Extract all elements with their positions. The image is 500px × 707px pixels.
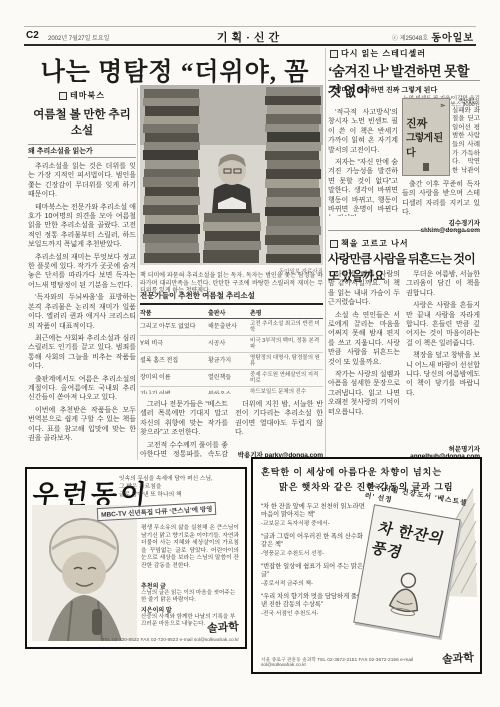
ad-left-logo: 솔과학 [207,618,240,636]
steady-byline: 김수경기자 skkim@donga.com [392,218,480,234]
steady-text-col1: ‘적극적 사고방식’의 창시자 노먼 빈센트 필이 쓴 이 책은 반세기 가까이… [328,108,398,216]
letter-text-col1: 사랑에 빠진 사람의 맘 같아서일까요. 이 책을 읽는 내내 가슴이 두근거렸… [328,270,400,452]
recommendation-table: 전문가들이 추천한 여름철 추리소설 작품 출판사 촌평 그리고 아무도 없었다… [140,290,323,394]
letter-text-col2: 무더운 여름밤, 서늘한 그리움이 담긴 이 책을 권합니다. 사랑은 사람을 … [406,270,480,440]
cell-comment: 중세 수도원 연쇄살인의 지적 미로 [250,372,323,385]
para: 추리소설의 재미는 무엇보다 정교한 플롯에 있다. 작가가 곳곳에 숨겨놓은 … [28,253,136,291]
tea-book-title: 차 한잔의 풍경 [369,517,461,571]
para: 작가는 사랑의 설렘과 아픔을 섬세한 문장으로 그려냅니다. 읽고 나면 오래… [328,370,400,417]
center-text-col1: 그러나 전문가들은 “베스트셀러 목록에만 기대지 말고 자신의 취향에 맞는 … [140,400,228,458]
para: 이번에 추천받은 작품들은 모두 번역본으로 쉽게 구할 수 있는 책들이다. … [28,406,136,444]
cell-publisher: 열린책들 [208,372,250,381]
table-row: 그리고 아무도 없었다해문출판사고전 추리소설 최고의 반전 미학 [140,319,323,336]
column-divider [325,48,326,460]
book-stacks-photo [140,85,323,265]
tea-book-cover: 차 한잔의 풍경 [353,504,461,637]
tea-monk-sketch [380,565,432,622]
para: 사랑에 빠진 사람의 맘 같아서일까요. 이 책을 읽는 내내 가슴이 두근거렸… [328,270,400,308]
quote-block: “차 한 잔을 앞에 두고 천천히 읽노라면 마음이 맑아지는 책”-교보문고 … [261,503,365,528]
left-column-text: 추리소설을 읽는 것은 더위를 잊는 가장 지적인 피서법이다. 범인을 쫓는 … [28,162,136,490]
cover-title-line2: 그렇게 된다 [406,129,449,159]
col-header: 출판사 [208,308,250,317]
monk-portrait-art [32,505,137,641]
steady-text-col2: 출간 이후 꾸준히 독자들의 사랑을 받으며 스테디셀러 자리를 지키고 있다. [402,180,480,216]
cell-title: 장미의 이름 [140,372,208,381]
quote-block: “글과 그림이 어우러진 한 폭의 산수화 같은 책”-영풍문고 추천도서 선정… [261,533,365,558]
para: 출간 이후 꾸준히 독자들의 사랑을 받으며 스테디셀러 자리를 지키고 있다. [402,180,480,216]
para: 그러나 전문가들은 “베스트셀러 목록에만 기대지 말고 자신의 취향에 맞는 … [140,400,228,438]
lead-head: 왜 추리소설을 읽는가 [28,144,136,158]
para: ‘적극적 사고방식’의 창시자 노먼 빈센트 필이 쓴 이 책은 반세기 가까이… [328,108,398,155]
para: 책에는 실패와 좌절을 딛고 일어선 평범한 사람들의 사례가 가득하다. 막연… [452,98,480,174]
quote-attr: -영풍문고 추천도서 선정- [261,550,365,558]
letter-kicker-label: 책을 고르고 나서 [341,238,409,249]
note-line: 그 밝은 가르침을 [119,483,239,491]
cell-publisher: 해문출판사 [208,321,250,330]
cell-comment: 고전 추리소설 최고의 반전 미학 [250,321,323,334]
cover-arrow-glyph: ➣ [439,101,446,110]
quote-attr: -교보문고 독자서평 중에서- [261,520,365,528]
quote-block: “번잡한 일상에 쉼표가 되어 주는 맑은 글”-종로서적 금주의 책- [261,563,365,588]
ad-left-block2: 추천의 글 스님의 글은 읽는 이의 마음을 씻어주는 한 줄기 맑은 바람이다… [141,581,239,604]
note-line: 잇속의 무심을 속세에 담아 펴신 스님, [119,475,239,483]
para: 최근에는 사회파 추리소설과 심리 스릴러도 인기를 끌고 있다. 범죄를 통해… [28,334,136,372]
kicker-box-icon [330,50,338,58]
para: 소설 속 연인들은 서로에게 끌리는 마음을 어쩌지 못해 밤새 편지를 쓰고 … [328,311,400,367]
cell-publisher: 황금가지 [208,355,250,364]
theme-kicker-label: 테마북스 [70,90,105,101]
book-stacks-art [140,85,323,265]
para: 추리소설을 읽는 것은 더위를 잊는 가장 지적인 피서법이다. 범인을 쫓는 … [28,162,136,200]
table-header-row: 작품 출판사 촌평 [140,306,323,319]
para: 테마북스는 전문가와 추리소설 애호가 10여명의 의견을 모아 여름철 읽을 … [28,203,136,250]
cover-mark [423,163,429,171]
para: 출판계에서도 여름은 추리소설의 계절이다. 올여름에도 국내외 추리 신간들이… [28,375,136,403]
cell-publisher: 시공사 [208,338,250,347]
cell-comment: 비극 3부작의 백미, 정통 본격파 [250,338,323,351]
col-header: 촌평 [250,308,323,317]
cell-title: 셜록 홈즈 전집 [140,355,208,364]
kicker-box-icon [330,240,338,248]
kicker-box-icon [59,92,67,100]
steady-kicker: 다시 읽는 스테디셀러 [330,48,426,59]
table-row: 셜록 홈즈 전집황금가지명탐정의 대명사, 탐정물의 원류 [140,353,323,370]
para: ‘독자와의 두뇌싸움’을 표방하는 본격 추리물은 논리적 재미가 일품이다. … [28,293,136,331]
para: 사랑은 사람을 흔들지만 끝내 사람을 자라게 합니다. 흔들린 만큼 깊어지는… [406,301,480,348]
para: 책장을 덮고 창밖을 보니 어느새 바람이 선선합니다. 당신의 여름밤에도 이… [406,351,480,398]
quote-text: “글과 그림이 어우러진 한 폭의 산수화 같은 책” [261,533,363,548]
quote-text: “번잡한 일상에 쉼표가 되어 주는 맑은 글” [261,563,363,578]
steady-text-strip: 책에는 실패와 좌절을 딛고 일어선 평범한 사람들의 사례가 가득하다. 막연… [452,98,480,174]
quote-attr: -전국 서점인 추천도서- [261,610,365,618]
table-title: 전문가들이 추천한 여름철 추리소설 [140,290,323,305]
cell-publisher: 북하우스 [208,389,250,395]
note-line: 글로 담아낸 또 하나의 책 [119,491,239,499]
para: 고전적 수수께끼 풀이를 좋아한다면 정통파를, 속도감 있는 전개를 원한다면… [140,441,228,458]
theme-kicker: 테마북스 [28,90,136,101]
cell-title: 그리고 아무도 없었다 [140,321,208,330]
cell-comment: 명탐정의 대명사, 탐정물의 원류 [250,355,323,368]
cell-comment: 하드보일드 문체의 진수 [250,389,323,395]
quote-text: “우리 차의 향기와 멋을 담담하게 풀어낸 진한 감동의 수상록” [261,593,363,608]
newspaper-page: C2 2002년 7월27일 토요일 기획·신간 ⓒ 제25048호 동아일보 … [0,0,500,707]
ad-right-quotes: “차 한 잔을 앞에 두고 천천히 읽노라면 마음이 맑아지는 책”-교보문고 … [261,503,365,623]
top-hairline [24,26,476,27]
col-header: 작품 [140,308,208,317]
cell-title: Y의 비극 [140,338,208,347]
ad-right-contact: 서울 종로구 관훈동 솔과학 TEL 02-3672-2151 FAX 02-3… [261,656,421,668]
ad-left-h2: 추천의 글 [141,581,239,590]
column-divider [137,88,138,460]
left-subhead: 여름철 볼 만한 추리소설 [28,106,136,138]
ad-left-note: 잇속의 무심을 속세에 담아 펴신 스님, 그 밝은 가르침을 글로 담아낸 또… [119,475,239,499]
issue-number: ⓒ 제25048호 [392,33,428,42]
steady-rule [328,80,480,81]
para: 저자는 “자신 안에 숨겨진 가능성을 발견하면 못할 것이 없다”고 말한다.… [328,158,398,216]
cell-title: 기나긴 이별 [140,389,208,395]
ad-left-contact: TEL 02-720-8522 FAX 02-720-8523 e-mail s… [89,638,239,643]
ad-left-h3: 지은이의 말 [141,605,239,614]
ad-left-intro: 평생 무소유의 삶을 실천해 온 큰스님이 남기신 맑고 향기로운 이야기들. … [141,525,239,571]
ad-right-logo: 솔과학 [442,649,475,667]
table-row: 장미의 이름열린책들중세 수도원 연쇄살인의 지적 미로 [140,370,323,387]
header-rule [24,44,476,46]
ad-left: 우런동이 잇속의 무심을 속세에 담아 펴신 스님, 그 밝은 가르침을 글로 … [25,467,247,649]
masthead: 동아일보 [431,29,474,44]
ad-left-portrait [32,505,137,641]
section-rule [328,230,480,231]
para: 무더운 여름밤, 서늘한 그리움이 담긴 이 책을 권합니다. [406,270,480,298]
quote-block: “우리 차의 향기와 멋을 담담하게 풀어낸 진한 감동의 수상록”-전국 서점… [261,593,365,618]
steady-book-cover: ➣ 진짜 그렇게 된다 [402,98,450,176]
quote-attr: -종로서적 금주의 책- [261,580,365,588]
table-row: Y의 비극시공사비극 3부작의 백미, 정통 본격파 [140,336,323,353]
table-row: 기나긴 이별북하우스하드보일드 문체의 진수 [140,387,323,394]
quote-text: “차 한 잔을 앞에 두고 천천히 읽노라면 마음이 맑아지는 책” [261,503,365,518]
center-text-col2: 더위에 지친 밤, 서늘한 반전이 기다리는 추리소설 한 권이면 열대야도 두… [235,400,323,448]
ad-right: 혼탁한 이 세상에 아름다운 차향이 넘치는 맑은 햇차와 같은 진한 감동의 … [251,457,482,674]
letter-kicker: 책을 고르고 나서 [330,238,409,249]
steady-kicker-label: 다시 읽는 스테디셀러 [341,48,426,59]
para: 더위에 지친 밤, 서늘한 반전이 기다리는 추리소설 한 권이면 열대야도 두… [235,400,323,438]
ad-left-p2: 스님의 글은 읽는 이의 마음을 씻어주는 한 줄기 맑은 바람이다. [141,590,239,604]
